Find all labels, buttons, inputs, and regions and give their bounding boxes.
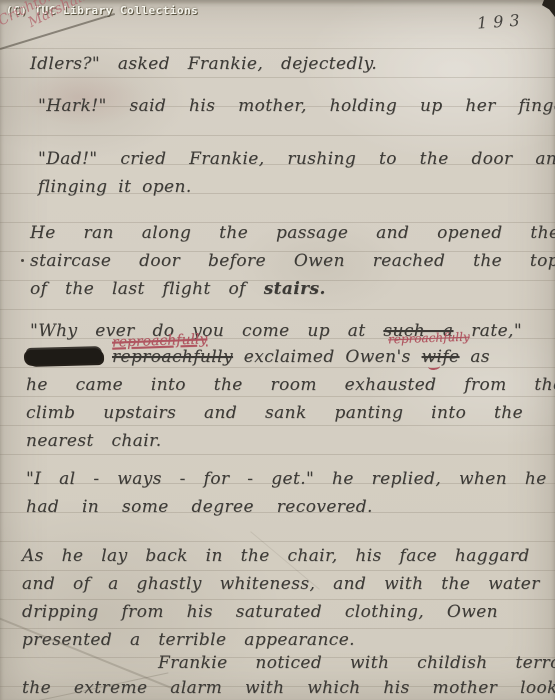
scan-corner-mark <box>542 0 555 17</box>
manuscript-line: nearest chair. <box>26 431 162 451</box>
line7-stairs: stairs. <box>264 279 326 299</box>
manuscript-line: staircase door before Owen reached the t… <box>30 251 555 271</box>
red-correction-above-wife: reproachfully <box>388 330 470 347</box>
manuscript-line: climb upstairs and sank panting into the <box>26 403 523 423</box>
manuscript-line: of the last flight of stairs. <box>30 279 326 299</box>
line9-as: as <box>470 347 490 367</box>
manuscript-line: Frankie noticed with childish terror <box>158 653 555 673</box>
manuscript-line: the extreme alarm with which his mother … <box>22 678 555 698</box>
manuscript-line: he came into the room exhausted from the <box>26 375 555 395</box>
inked-out-word <box>26 348 102 365</box>
manuscript-line: "I al - ways - for - get." he replied, w… <box>26 469 547 489</box>
manuscript-line: dripping from his saturated clothing, Ow… <box>22 602 498 622</box>
manuscript-correction-line: reproachfully exclaimed Owen's wife as <box>26 347 490 367</box>
line9-struck-reproachfully: reproachfully <box>112 347 233 367</box>
line7-text: of the last flight of <box>30 279 246 299</box>
manuscript-line: and of a ghastly whiteness, and with the… <box>22 574 540 594</box>
line9-wife: wife <box>422 347 460 367</box>
manuscript-line: "Hark!" said his mother, holding up her … <box>38 96 555 116</box>
manuscript-line: presented a terrible appearance. <box>22 630 355 650</box>
manuscript-line: "Dad!" cried Frankie, rushing to the doo… <box>38 149 555 169</box>
line9-exclaimed: exclaimed Owen's <box>244 347 411 367</box>
line8-end: rate," <box>471 321 522 341</box>
manuscript-line: flinging it open. <box>38 177 192 197</box>
manuscript-line: Idlers?" asked Frankie, dejectedly. <box>30 54 377 74</box>
manuscript-line: He ran along the passage and opened the <box>30 223 555 243</box>
ink-dot <box>21 259 24 262</box>
manuscript-line: As he lay back in the chair, his face ha… <box>22 546 530 566</box>
manuscript-line: had in some degree recovered. <box>26 497 373 517</box>
manuscript-page: (C) TUC Library Collections 193 Crichton… <box>0 0 555 700</box>
page-number: 193 <box>476 10 526 32</box>
